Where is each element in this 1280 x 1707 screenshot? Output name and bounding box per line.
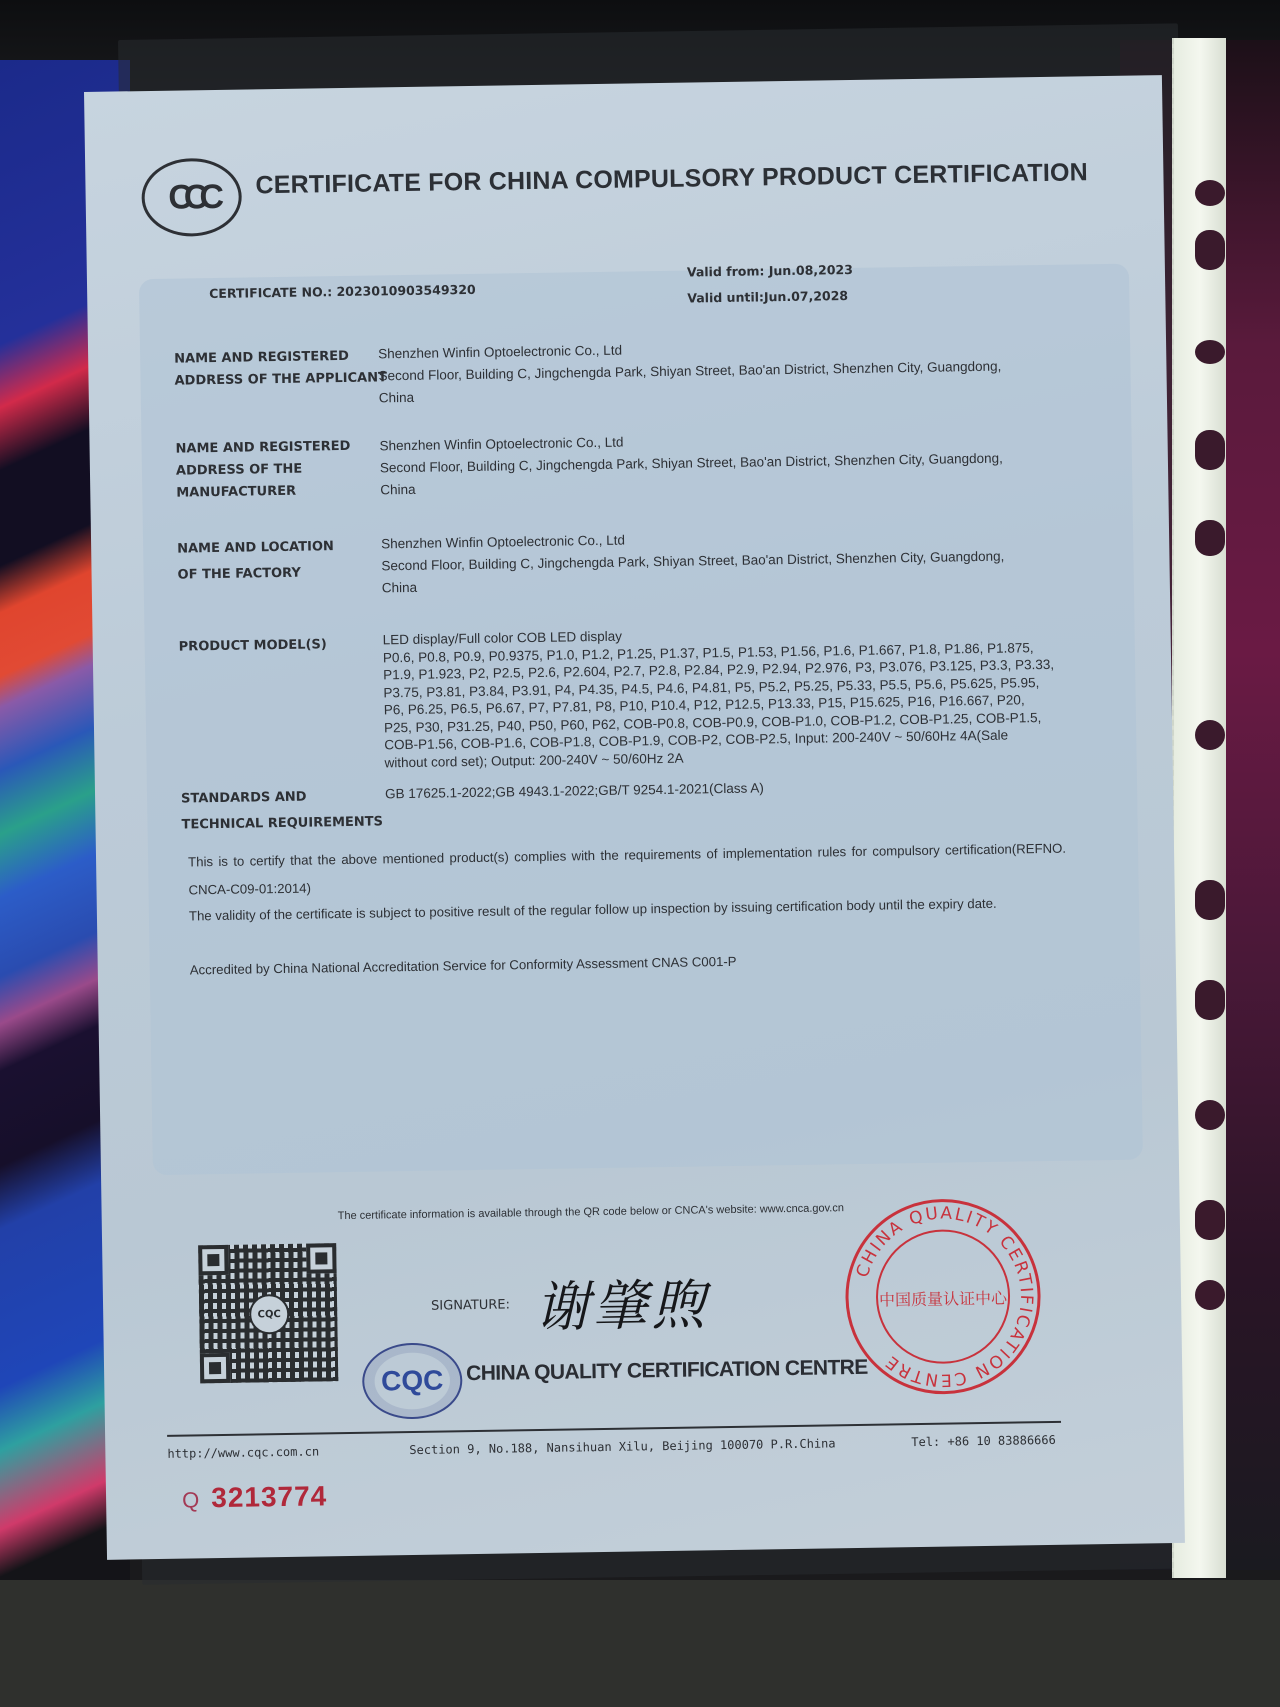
office-address: Section 9, No.188, Nansihuan Xilu, Beiji…	[409, 1436, 835, 1457]
telephone: Tel: +86 10 83886666	[911, 1433, 1056, 1449]
binder-hole	[1195, 1100, 1225, 1130]
binder-hole	[1195, 230, 1225, 270]
label-line: STANDARDS AND	[181, 783, 383, 812]
qr-cqc-logo-icon: CQC	[249, 1294, 290, 1335]
binder-hole	[1195, 1200, 1225, 1240]
label-line: NAME AND LOCATION	[177, 534, 334, 562]
table-surface	[0, 1580, 1280, 1707]
valid-until: Valid until:Jun.07,2028	[687, 288, 848, 306]
qr-code[interactable]: CQC	[198, 1243, 338, 1383]
signature-label: SIGNATURE:	[431, 1297, 510, 1313]
ccc-logo-icon: CCC	[141, 158, 242, 238]
cqc-globe-logo-icon: CQC	[362, 1342, 463, 1420]
svg-text:中国质量认证中心: 中国质量认证中心	[879, 1289, 1008, 1310]
product-models: LED display/Full color COB LED display P…	[383, 621, 1056, 772]
certificate-document: CCC CERTIFICATE FOR CHINA COMPULSORY PRO…	[84, 75, 1185, 1560]
serial-digits: 3213774	[211, 1480, 327, 1513]
applicant-value: Shenzhen Winfin Optoelectronic Co., Ltd …	[378, 334, 1002, 410]
binder-hole	[1195, 880, 1225, 920]
label-line: TECHNICAL REQUIREMENTS	[181, 809, 383, 838]
qr-finder	[200, 1353, 230, 1383]
label-line: ADDRESS OF THE APPLICANT	[174, 367, 387, 392]
label-line: NAME AND REGISTERED	[175, 436, 350, 461]
valid-from: Valid from: Jun.08,2023	[687, 262, 853, 280]
organization-name: CHINA QUALITY CERTIFICATION CENTRE	[466, 1356, 868, 1386]
signature: 谢肇煦	[534, 1262, 709, 1342]
standards-label: STANDARDS AND TECHNICAL REQUIREMENTS	[181, 783, 383, 838]
binder-hole	[1195, 980, 1225, 1020]
label-line: MANUFACTURER	[176, 480, 351, 505]
serial-number: Q3213774	[182, 1480, 328, 1514]
label-line: OF THE FACTORY	[177, 560, 334, 588]
qr-note: The certificate information is available…	[338, 1202, 844, 1222]
qr-finder	[306, 1243, 336, 1273]
website-link[interactable]: http://www.cqc.com.cn	[167, 1444, 319, 1460]
document-title: CERTIFICATE FOR CHINA COMPULSORY PRODUCT…	[255, 158, 1088, 200]
serial-prefix: Q	[182, 1487, 200, 1512]
binder-hole	[1195, 720, 1225, 750]
manufacturer-label: NAME AND REGISTERED ADDRESS OF THE MANUF…	[175, 436, 351, 505]
binder-hole	[1195, 520, 1225, 556]
binder-hole	[1195, 1280, 1225, 1310]
qr-finder	[198, 1245, 228, 1275]
product-label: PRODUCT MODEL(S)	[179, 634, 327, 658]
binder-hole	[1195, 430, 1225, 470]
label-line: ADDRESS OF THE	[176, 458, 351, 483]
factory-label: NAME AND LOCATION OF THE FACTORY	[177, 534, 334, 588]
binder-hole	[1195, 340, 1225, 364]
official-seal-icon: CHINA QUALITY CERTIFICATION CENTRE 中国质量认…	[841, 1195, 1044, 1398]
applicant-label: NAME AND REGISTERED ADDRESS OF THE APPLI…	[174, 345, 387, 392]
binder-hole	[1195, 180, 1225, 206]
manufacturer-value: Shenzhen Winfin Optoelectronic Co., Ltd …	[379, 426, 1003, 502]
factory-value: Shenzhen Winfin Optoelectronic Co., Ltd …	[381, 524, 1005, 600]
